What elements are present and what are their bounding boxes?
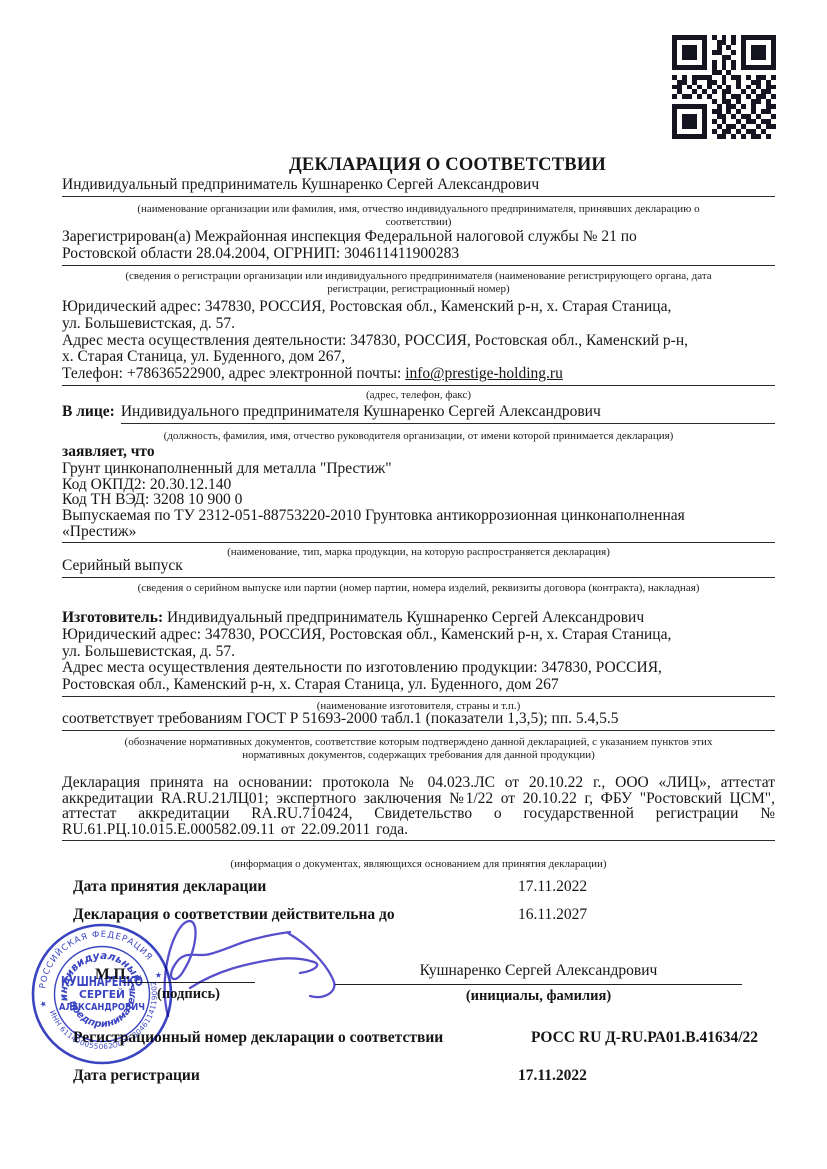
stamp-star-left: ★ bbox=[38, 999, 49, 1009]
registration-number-row: Регистрационный номер декларации о соотв… bbox=[73, 1029, 775, 1047]
manufacturer-line5: Ростовская обл., Каменский р-н, х. Стара… bbox=[62, 677, 775, 697]
manufacturer-block: Изготовитель: Индивидуальный предпринима… bbox=[62, 610, 775, 697]
product-tu-line: Выпускаемая по ТУ 2312-051-88753220-2010… bbox=[62, 508, 775, 524]
signatory-name-caption: (инициалы, фамилия) bbox=[335, 988, 742, 1005]
manufacturer-line3: ул. Большевистская, д. 57. bbox=[62, 644, 775, 661]
legal-address-line2: ул. Большевистская, д. 57. bbox=[62, 316, 775, 333]
product-name: Грунт цинконаполненный для металла "Прес… bbox=[62, 461, 775, 477]
manufacturer-line2: Юридический адрес: 347830, РОССИЯ, Росто… bbox=[62, 627, 775, 644]
product-tnved: Код ТН ВЭД: 3208 10 900 0 bbox=[62, 492, 775, 508]
registration-caption: (сведения о регистрации организации или … bbox=[62, 270, 775, 295]
phone-email-line: Телефон: +78636522900, адрес электронной… bbox=[62, 366, 775, 386]
serial-issue: Серийный выпуск bbox=[62, 558, 775, 578]
manufacturer-label: Изготовитель: bbox=[62, 609, 163, 626]
contacts-block: Юридический адрес: 347830, РОССИЯ, Росто… bbox=[62, 299, 775, 386]
stamp-center-patronymic: АЛЕКСАНДРОВИЧ bbox=[59, 1002, 145, 1013]
basis-caption: (информация о документах, являющихся осн… bbox=[62, 858, 775, 871]
manufacturer-line4: Адрес места осуществления деятельности п… bbox=[62, 660, 775, 677]
in-person-caption: (должность, фамилия, имя, отчество руков… bbox=[62, 430, 775, 443]
registration-number-value: РОСС RU Д-RU.РА01.В.41634/22 bbox=[531, 1029, 758, 1047]
in-person-row: В лице: Индивидуального предпринимателя … bbox=[62, 404, 775, 424]
contacts-caption: (адрес, телефон, факс) bbox=[62, 389, 775, 402]
declaration-page: ДЕКЛАРАЦИЯ О СООТВЕТСТВИИ Индивидуальный… bbox=[0, 0, 827, 1169]
svg-text:★: ★ bbox=[38, 999, 49, 1009]
registration-line1: Зарегистрирован(а) Межрайонная инспекция… bbox=[62, 229, 775, 246]
phone-label: Телефон: +78636522900, адрес электронной… bbox=[62, 365, 405, 382]
declares-label: заявляет, что bbox=[62, 444, 775, 461]
adoption-date-value: 17.11.2022 bbox=[518, 878, 587, 896]
activity-address-line2: х. Старая Станица, ул. Буденного, дом 26… bbox=[62, 349, 775, 366]
registration-date-value: 17.11.2022 bbox=[518, 1067, 587, 1085]
in-person-value: Индивидуального предпринимателя Кушнарен… bbox=[121, 404, 775, 424]
basis-paragraph: Декларация принята на основании: протоко… bbox=[62, 775, 775, 841]
stamp-center-firstname: СЕРГЕЙ bbox=[79, 988, 125, 1001]
registration-caption-line1: (сведения о регистрации организации или … bbox=[62, 270, 775, 283]
stamp-center-surname: КУШНАРЕНКО bbox=[61, 975, 143, 990]
serial-caption: (сведения о серийном выпуске или партии … bbox=[62, 582, 775, 595]
registration-date-row: Дата регистрации 17.11.2022 bbox=[73, 1067, 775, 1085]
activity-address-line1: Адрес места осуществления деятельности: … bbox=[62, 333, 775, 350]
applicant-caption: (наименование организации или фамилия, и… bbox=[62, 203, 775, 228]
registration-line2: Ростовской области 28.04.2004, ОГРНИП: 3… bbox=[62, 246, 775, 266]
legal-address-line1: Юридический адрес: 347830, РОССИЯ, Росто… bbox=[62, 299, 775, 316]
qr-code bbox=[672, 35, 776, 139]
product-tu-line2: «Престиж» bbox=[62, 524, 775, 543]
registration-caption-line2: регистрации, регистрационный номер) bbox=[62, 283, 775, 296]
conformity-caption: (обозначение нормативных документов, соо… bbox=[62, 736, 775, 761]
manufacturer-name: Индивидуальный предприниматель Кушнаренк… bbox=[167, 609, 644, 626]
applicant-caption-line2: соответствии) bbox=[62, 216, 775, 229]
manufacturer-line1: Изготовитель: Индивидуальный предпринима… bbox=[62, 610, 775, 627]
conformity-caption-line2: нормативных документов, содержащих требо… bbox=[62, 749, 775, 762]
email-text: info@prestige-holding.ru bbox=[405, 365, 563, 382]
product-okpd2: Код ОКПД2: 20.30.12.140 bbox=[62, 477, 775, 493]
signatory-name-line bbox=[335, 962, 742, 985]
product-block: Грунт цинконаполненный для металла "Прес… bbox=[62, 461, 775, 543]
registration-date-label: Дата регистрации bbox=[73, 1067, 200, 1084]
applicant-caption-line1: (наименование организации или фамилия, и… bbox=[62, 203, 775, 216]
adoption-date-label: Дата принятия декларации bbox=[73, 878, 266, 895]
page-title: ДЕКЛАРАЦИЯ О СООТВЕТСТВИИ bbox=[62, 155, 775, 176]
adoption-date-row: Дата принятия декларации 17.11.2022 bbox=[73, 878, 775, 896]
conformity-caption-line1: (обозначение нормативных документов, соо… bbox=[62, 736, 775, 749]
handwritten-signature-icon bbox=[138, 908, 343, 1026]
in-person-label: В лице: bbox=[62, 404, 121, 424]
applicant-name: Индивидуальный предприниматель Кушнаренк… bbox=[62, 177, 775, 197]
conformity-line: соответствует требованиям ГОСТ Р 51693-2… bbox=[62, 711, 775, 731]
valid-until-value: 16.11.2027 bbox=[518, 906, 587, 924]
